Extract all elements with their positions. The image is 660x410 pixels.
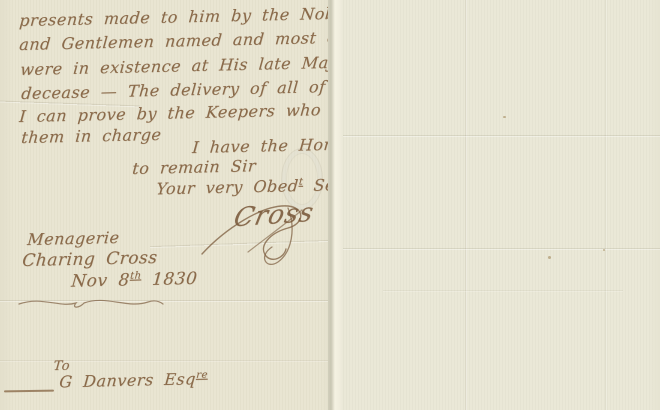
paper-crease — [605, 0, 607, 410]
addressee-name-text: G Danvers Esq — [59, 369, 197, 391]
addressee-name: G Danvers Esqre — [59, 371, 209, 391]
paper-crease — [465, 0, 467, 410]
paper-crease — [383, 290, 623, 292]
ink-speck — [548, 256, 551, 259]
date-flourish — [16, 293, 166, 311]
paper-crease — [0, 360, 330, 362]
place-line-charing-cross: Charing Cross — [22, 250, 159, 270]
closing-line-2: to remain Sir — [132, 158, 257, 177]
signature: Cross — [231, 199, 316, 231]
date-line: Nov 8th 1830 — [71, 270, 199, 291]
paper-crease — [343, 135, 660, 137]
letter-body-line-6: them in charge — [21, 127, 162, 146]
letter-scan: presents made to him by the Noblemen and… — [0, 0, 660, 410]
date-text: 1830 — [140, 269, 198, 290]
ink-speck — [603, 249, 605, 251]
addressee-underline — [4, 390, 54, 393]
addressee-to-label: To — [53, 360, 71, 373]
page-fold — [328, 0, 343, 410]
ink-speck — [503, 116, 506, 118]
letter-page-left: presents made to him by the Noblemen and… — [0, 0, 330, 410]
date-text: Nov 8 — [70, 270, 130, 291]
letter-body-line-4: decease — The delivery of all of them — [21, 78, 381, 102]
place-line-menagerie: Menagerie — [27, 230, 120, 248]
letter-page-right — [343, 0, 660, 410]
addressee-superscript: re — [196, 370, 209, 381]
paper-crease — [343, 248, 660, 250]
